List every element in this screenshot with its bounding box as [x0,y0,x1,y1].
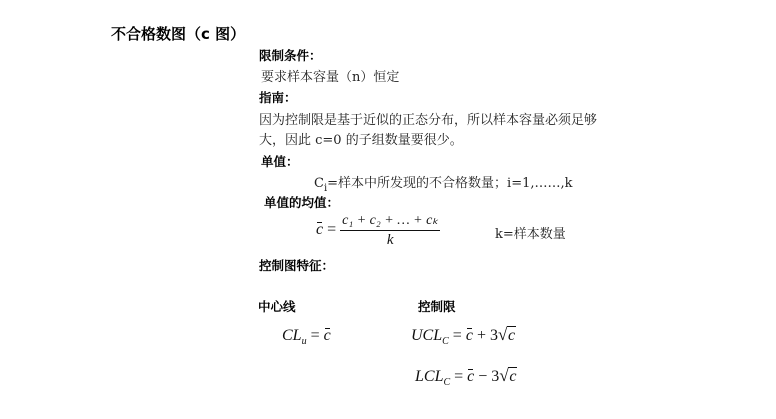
k-note: k=样本数量 [495,223,566,242]
page-title: 不合格数图（c 图） [111,23,245,44]
ci-definition-text: =样本中所发现的不合格数量；i=1,……,k [327,176,572,191]
individual-heading: 单值： [261,152,299,170]
sqrt-icon: √c [498,327,516,345]
cl-formula: CLu = c [282,327,331,347]
ucl-radicand: c [507,326,516,344]
mean-fraction: c₁ + c₂ + … + cₖ k [340,212,440,249]
guide-heading: 指南： [259,88,297,106]
cl-subscript: u [302,336,307,347]
features-heading: 控制图特征： [259,256,334,274]
lcl-formula: LCLC = c − 3√c [415,368,517,388]
lcl-c-bar: c [467,368,474,386]
equals-sign: = [327,221,336,238]
lcl-subscript: C [443,377,450,388]
constraints-heading: 限制条件： [259,46,322,64]
ucl-subscript: C [442,336,449,347]
fraction-numerator: c₁ + c₂ + … + cₖ [340,212,440,231]
ci-symbol: C [314,176,324,191]
fraction-denominator: k [387,231,394,249]
ucl-name: UCL [411,327,442,344]
guide-line-2: 大，因此 c=0 的子组数量要很少。 [259,129,463,148]
ucl-c-bar: c [466,327,473,345]
control-limits-label: 控制限 [418,297,456,315]
center-line-label: 中心线 [258,297,296,315]
lcl-name: LCL [415,368,443,385]
cl-name: CL [282,327,302,344]
mean-formula: c = c₁ + c₂ + … + cₖ k [316,212,440,249]
sqrt-icon: √c [499,368,517,386]
c-bar-symbol: c [316,221,323,239]
lcl-radicand: c [508,367,517,385]
constraints-text: 要求样本容量（n）恒定 [261,66,399,85]
cl-c-bar: c [324,327,331,345]
individual-definition: Ci=样本中所发现的不合格数量；i=1,……,k [314,172,573,194]
guide-line-1: 因为控制限是基于近似的正态分布，所以样本容量必须足够 [259,109,597,128]
mean-heading: 单值的均值： [264,193,339,211]
ucl-formula: UCLC = c + 3√c [411,327,516,347]
